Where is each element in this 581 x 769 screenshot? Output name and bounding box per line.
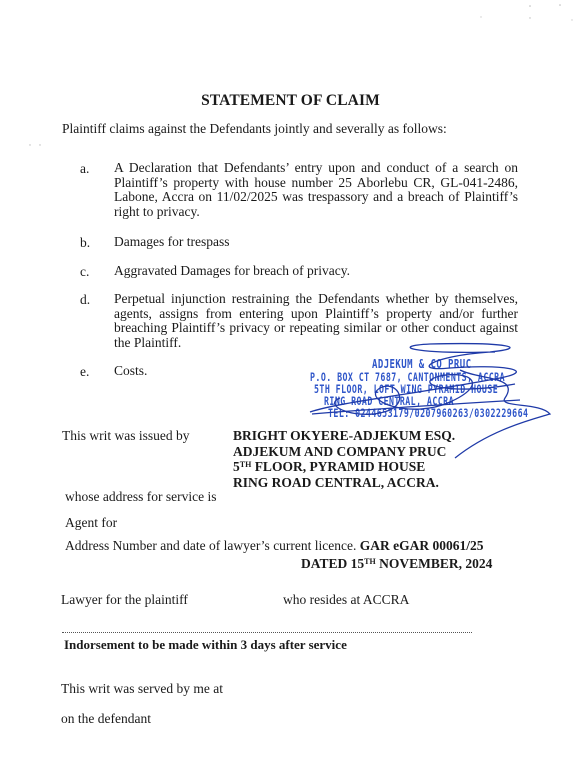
claim-text-a: A Declaration that Defendants’ entry upo… [114, 161, 518, 220]
scan-specks [0, 0, 581, 769]
claim-text-e: Costs. [114, 364, 518, 379]
writ-issued-label: This writ was issued by [62, 428, 190, 444]
licence-label: Address Number and date of lawyer’s curr… [65, 538, 356, 553]
claim-letter-a: a. [80, 161, 89, 177]
resides-label: who resides at ACCRA [283, 592, 409, 608]
dated-suffix: NOVEMBER, 2024 [376, 556, 493, 571]
licence-number: GAR eGAR 00061/25 [360, 538, 484, 553]
agent-for-label: Agent for [65, 515, 117, 531]
claim-text-d: Perpetual injunction restraining the Def… [114, 292, 518, 351]
stamp-line-3: 5TH FLOOR, LOFT WING PYRAMID HOUSE [314, 382, 498, 396]
dated-line: DATED 15TH NOVEMBER, 2024 [301, 556, 492, 572]
statement-of-claim-page: STATEMENT OF CLAIM Plaintiff claims agai… [0, 0, 581, 769]
dated-sup: TH [364, 557, 376, 566]
issuer-floor-rest: FLOOR, PYRAMID HOUSE [251, 459, 425, 474]
issuer-floor-number: 5 [233, 459, 240, 474]
claim-text-b: Damages for trespass [114, 235, 518, 250]
claim-letter-d: d. [80, 292, 90, 308]
defendant-label: on the defendant [61, 711, 151, 727]
claim-letter-e: e. [80, 364, 89, 380]
issuer-name: BRIGHT OKYERE-ADJEKUM ESQ. [233, 428, 455, 444]
lawyer-label: Lawyer for the plaintiff [61, 592, 188, 608]
intro-paragraph: Plaintiff claims against the Defendants … [62, 121, 447, 137]
stamp-line-5: TEL: 0244653179/0207960263/0302229664 [328, 406, 528, 420]
served-label: This writ was served by me at [61, 681, 223, 697]
claim-text-c: Aggravated Damages for breach of privacy… [114, 264, 518, 279]
issuer-firm: ADJEKUM AND COMPANY PRUC [233, 444, 455, 460]
issuer-block: BRIGHT OKYERE-ADJEKUM ESQ. ADJEKUM AND C… [233, 428, 455, 490]
stamp-line-4: RING ROAD CENTRAL, ACCRA [324, 394, 454, 408]
claim-letter-b: b. [80, 235, 90, 251]
dated-prefix: DATED 15 [301, 556, 364, 571]
licence-line: Address Number and date of lawyer’s curr… [65, 538, 484, 554]
dotted-divider [62, 632, 472, 633]
issuer-address: RING ROAD CENTRAL, ACCRA. [233, 475, 455, 491]
document-title: STATEMENT OF CLAIM [0, 92, 581, 110]
indorsement-heading: Indorsement to be made within 3 days aft… [64, 637, 347, 653]
issuer-floor: 5TH FLOOR, PYRAMID HOUSE [233, 459, 455, 475]
claim-letter-c: c. [80, 264, 89, 280]
address-for-service-label: whose address for service is [65, 489, 216, 505]
issuer-floor-sup: TH [240, 460, 252, 469]
